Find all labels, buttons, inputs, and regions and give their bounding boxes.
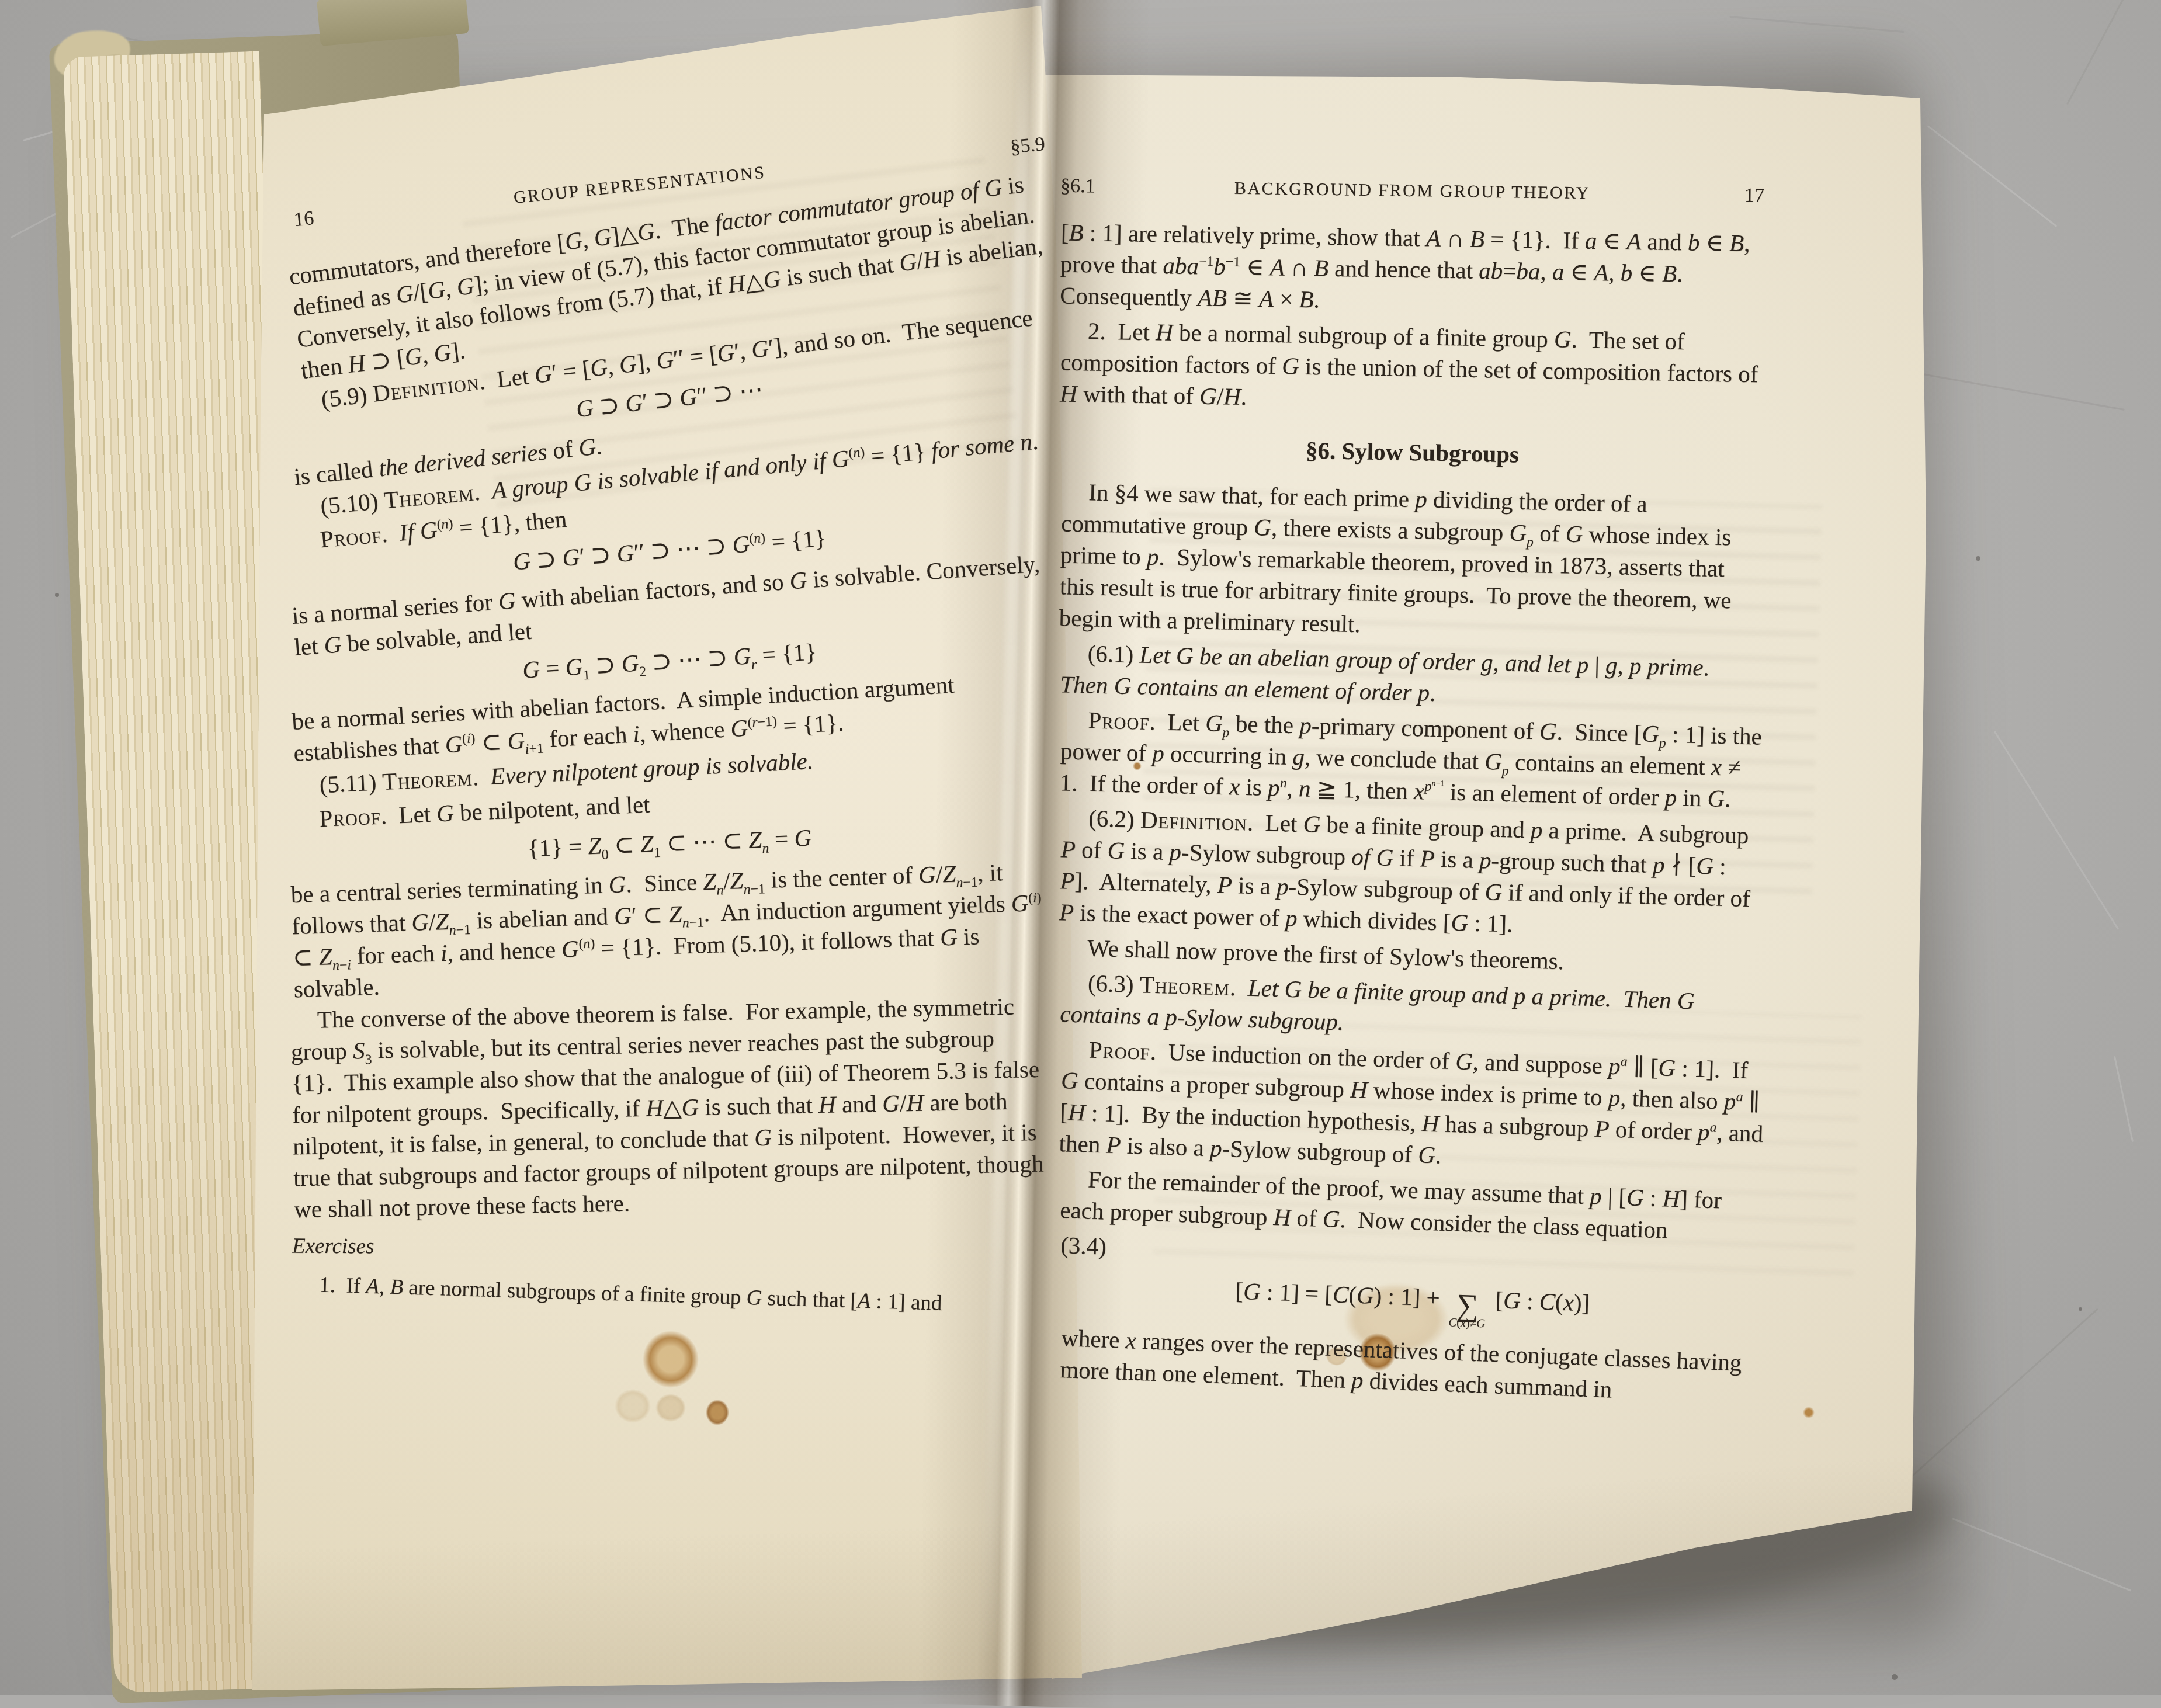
- right-page-text: §6.1 BACKGROUND FROM GROUP THEORY 17 [B …: [1060, 175, 1764, 1402]
- section-marker: §5.9: [1009, 129, 1047, 164]
- paragraph: The converse of the above theorem is fal…: [290, 990, 1049, 1226]
- stain: [655, 1394, 686, 1422]
- surface-speck: [1976, 556, 1980, 561]
- surface-speck: [55, 593, 59, 597]
- exercise-paragraph: [B : 1] are relatively prime, show that …: [1060, 217, 1765, 322]
- scratch-mark: [1952, 1518, 2131, 1591]
- scratch-mark: [2066, 0, 2128, 105]
- left-page-text: 16 GROUP REPRESENTATIONS §5.9 commutator…: [292, 166, 1047, 1314]
- definition-paragraph: (6.2) Definition. Let G be a finite grou…: [1059, 801, 1765, 946]
- exercise-item: 1. If A, B are normal subgroups of a fin…: [292, 1270, 1047, 1321]
- stain: [643, 1331, 699, 1388]
- stain: [615, 1389, 651, 1423]
- stain: [1803, 1407, 1815, 1418]
- scratch-mark: [1994, 731, 2120, 930]
- paragraph: be a central series terminating in G. Si…: [290, 855, 1049, 1005]
- scratch-mark: [1729, 16, 1904, 33]
- section-heading: §6. Sylow Subgroups: [1060, 429, 1765, 474]
- section-marker: §6.1: [1060, 171, 1095, 203]
- lemma-paragraph: (6.1) Let G be an abelian group of order…: [1060, 637, 1765, 716]
- surface-speck: [1892, 1674, 1898, 1680]
- proof-paragraph: Proof. Use induction on the order of G, …: [1059, 1033, 1766, 1181]
- exercise-item: 2. Let H be a normal subgroup of a finit…: [1060, 314, 1765, 421]
- scratch-mark: [2114, 1056, 2134, 1142]
- running-header: §6.1 BACKGROUND FROM GROUP THEORY 17: [1060, 171, 1765, 212]
- scratch-mark: [1927, 125, 2057, 227]
- running-title: BACKGROUND FROM GROUP THEORY: [1234, 173, 1591, 210]
- proof-paragraph: Proof. Let Gp be the p-primary component…: [1059, 703, 1765, 815]
- photo-scene: 16 GROUP REPRESENTATIONS §5.9 commutator…: [0, 0, 2161, 1695]
- surface-speck: [2079, 1307, 2082, 1311]
- page-number: 17: [1744, 180, 1765, 211]
- page-number: 16: [293, 203, 315, 236]
- exercises-heading: Exercises: [292, 1231, 1047, 1266]
- paragraph: In §4 we saw that, for each prime p divi…: [1059, 475, 1765, 648]
